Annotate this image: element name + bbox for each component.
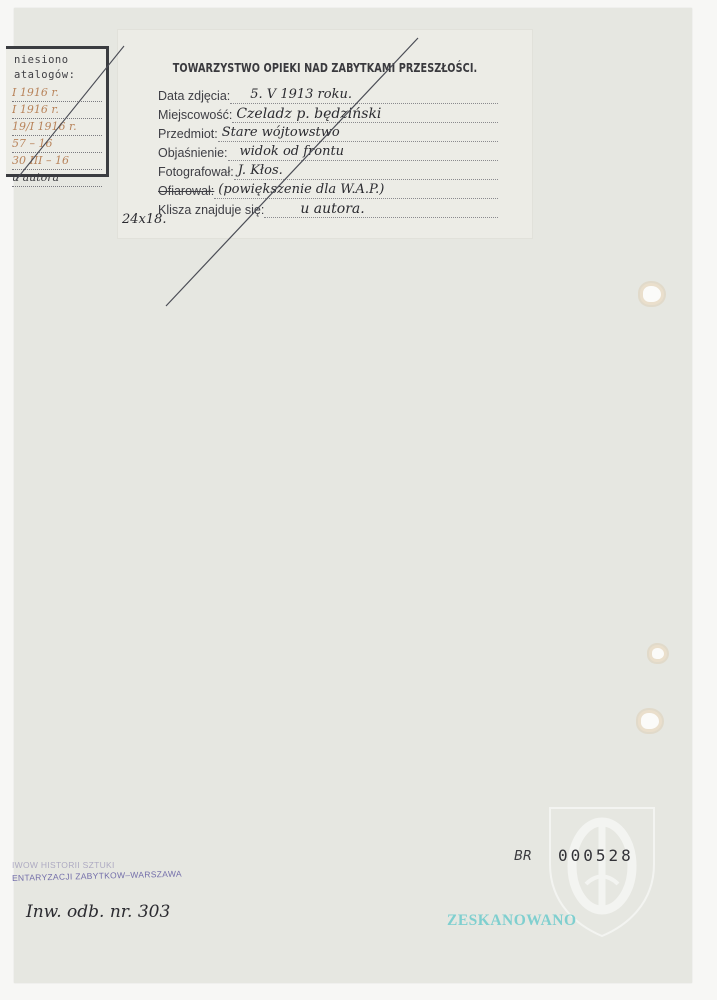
catalog-entry: I 1916 r. bbox=[12, 102, 102, 119]
catalog-entry: 30 III – 16 bbox=[12, 153, 102, 170]
field-date: Data zdjęcia: 5. V 1913 roku. bbox=[158, 86, 498, 104]
field-label: Klisza znajduje się: bbox=[158, 202, 264, 218]
scanned-stamp: ZESKANOWANO bbox=[447, 912, 577, 930]
field-negative-location: Klisza znajduje się: u autora. bbox=[158, 200, 498, 218]
field-value: J. Kłos. bbox=[234, 163, 498, 180]
punch-hole bbox=[652, 648, 664, 659]
field-subject: Przedmiot: Stare wójtowstwo bbox=[158, 124, 498, 142]
field-value: (powiększenie dla W.A.P.) bbox=[214, 182, 498, 199]
punch-hole bbox=[643, 286, 661, 302]
field-value: widok od frontu bbox=[228, 144, 499, 161]
field-value: Stare wójtowstwo bbox=[218, 125, 498, 142]
photo-record-card: TOWARZYSTWO OPIEKI NAD ZABYTKAMI PRZESZŁ… bbox=[118, 30, 532, 238]
field-label: Objaśnienie: bbox=[158, 145, 228, 161]
institute-stamp-line-1: IWOW HISTORII SZTUKI bbox=[12, 860, 115, 870]
field-location: Miejscowość: Czeladz p. będziński bbox=[158, 105, 498, 123]
catalog-stamp-box: niesiono atalogów: I 1916 r. I 1916 r. 1… bbox=[6, 46, 109, 177]
field-label: Miejscowość: bbox=[158, 107, 232, 123]
catalog-entry: 57 – 16 bbox=[12, 136, 102, 153]
field-value: 5. V 1913 roku. bbox=[230, 87, 498, 104]
catalog-header-line-2: atalogów: bbox=[6, 68, 106, 83]
field-label: Ofiarował: bbox=[158, 183, 214, 199]
catalog-entry: 19/I 1916 r. bbox=[12, 119, 102, 136]
archive-number: 000528 bbox=[558, 846, 634, 865]
card-title: TOWARZYSTWO OPIEKI NAD ZABYTKAMI PRZESZŁ… bbox=[147, 60, 503, 75]
field-photographer: Fotografował: J. Kłos. bbox=[158, 162, 498, 180]
br-prefix: BR bbox=[514, 849, 532, 864]
catalog-entry: u autora bbox=[12, 170, 102, 187]
catalog-entry: I 1916 r. bbox=[12, 85, 102, 102]
field-label: Fotografował: bbox=[158, 164, 234, 180]
size-note: 24x18. bbox=[122, 212, 167, 227]
inventory-number-handwritten: Inw. odb. nr. 303 bbox=[26, 902, 170, 922]
field-donor: Ofiarował: (powiększenie dla W.A.P.) bbox=[158, 181, 498, 199]
field-value: Czeladz p. będziński bbox=[232, 106, 498, 123]
catalog-header-line-1: niesiono bbox=[6, 53, 106, 68]
punch-hole bbox=[641, 713, 659, 729]
field-label: Przedmiot: bbox=[158, 126, 218, 142]
field-label: Data zdjęcia: bbox=[158, 88, 230, 104]
field-value: u autora. bbox=[264, 201, 498, 218]
field-explanation: Objaśnienie: widok od frontu bbox=[158, 143, 498, 161]
